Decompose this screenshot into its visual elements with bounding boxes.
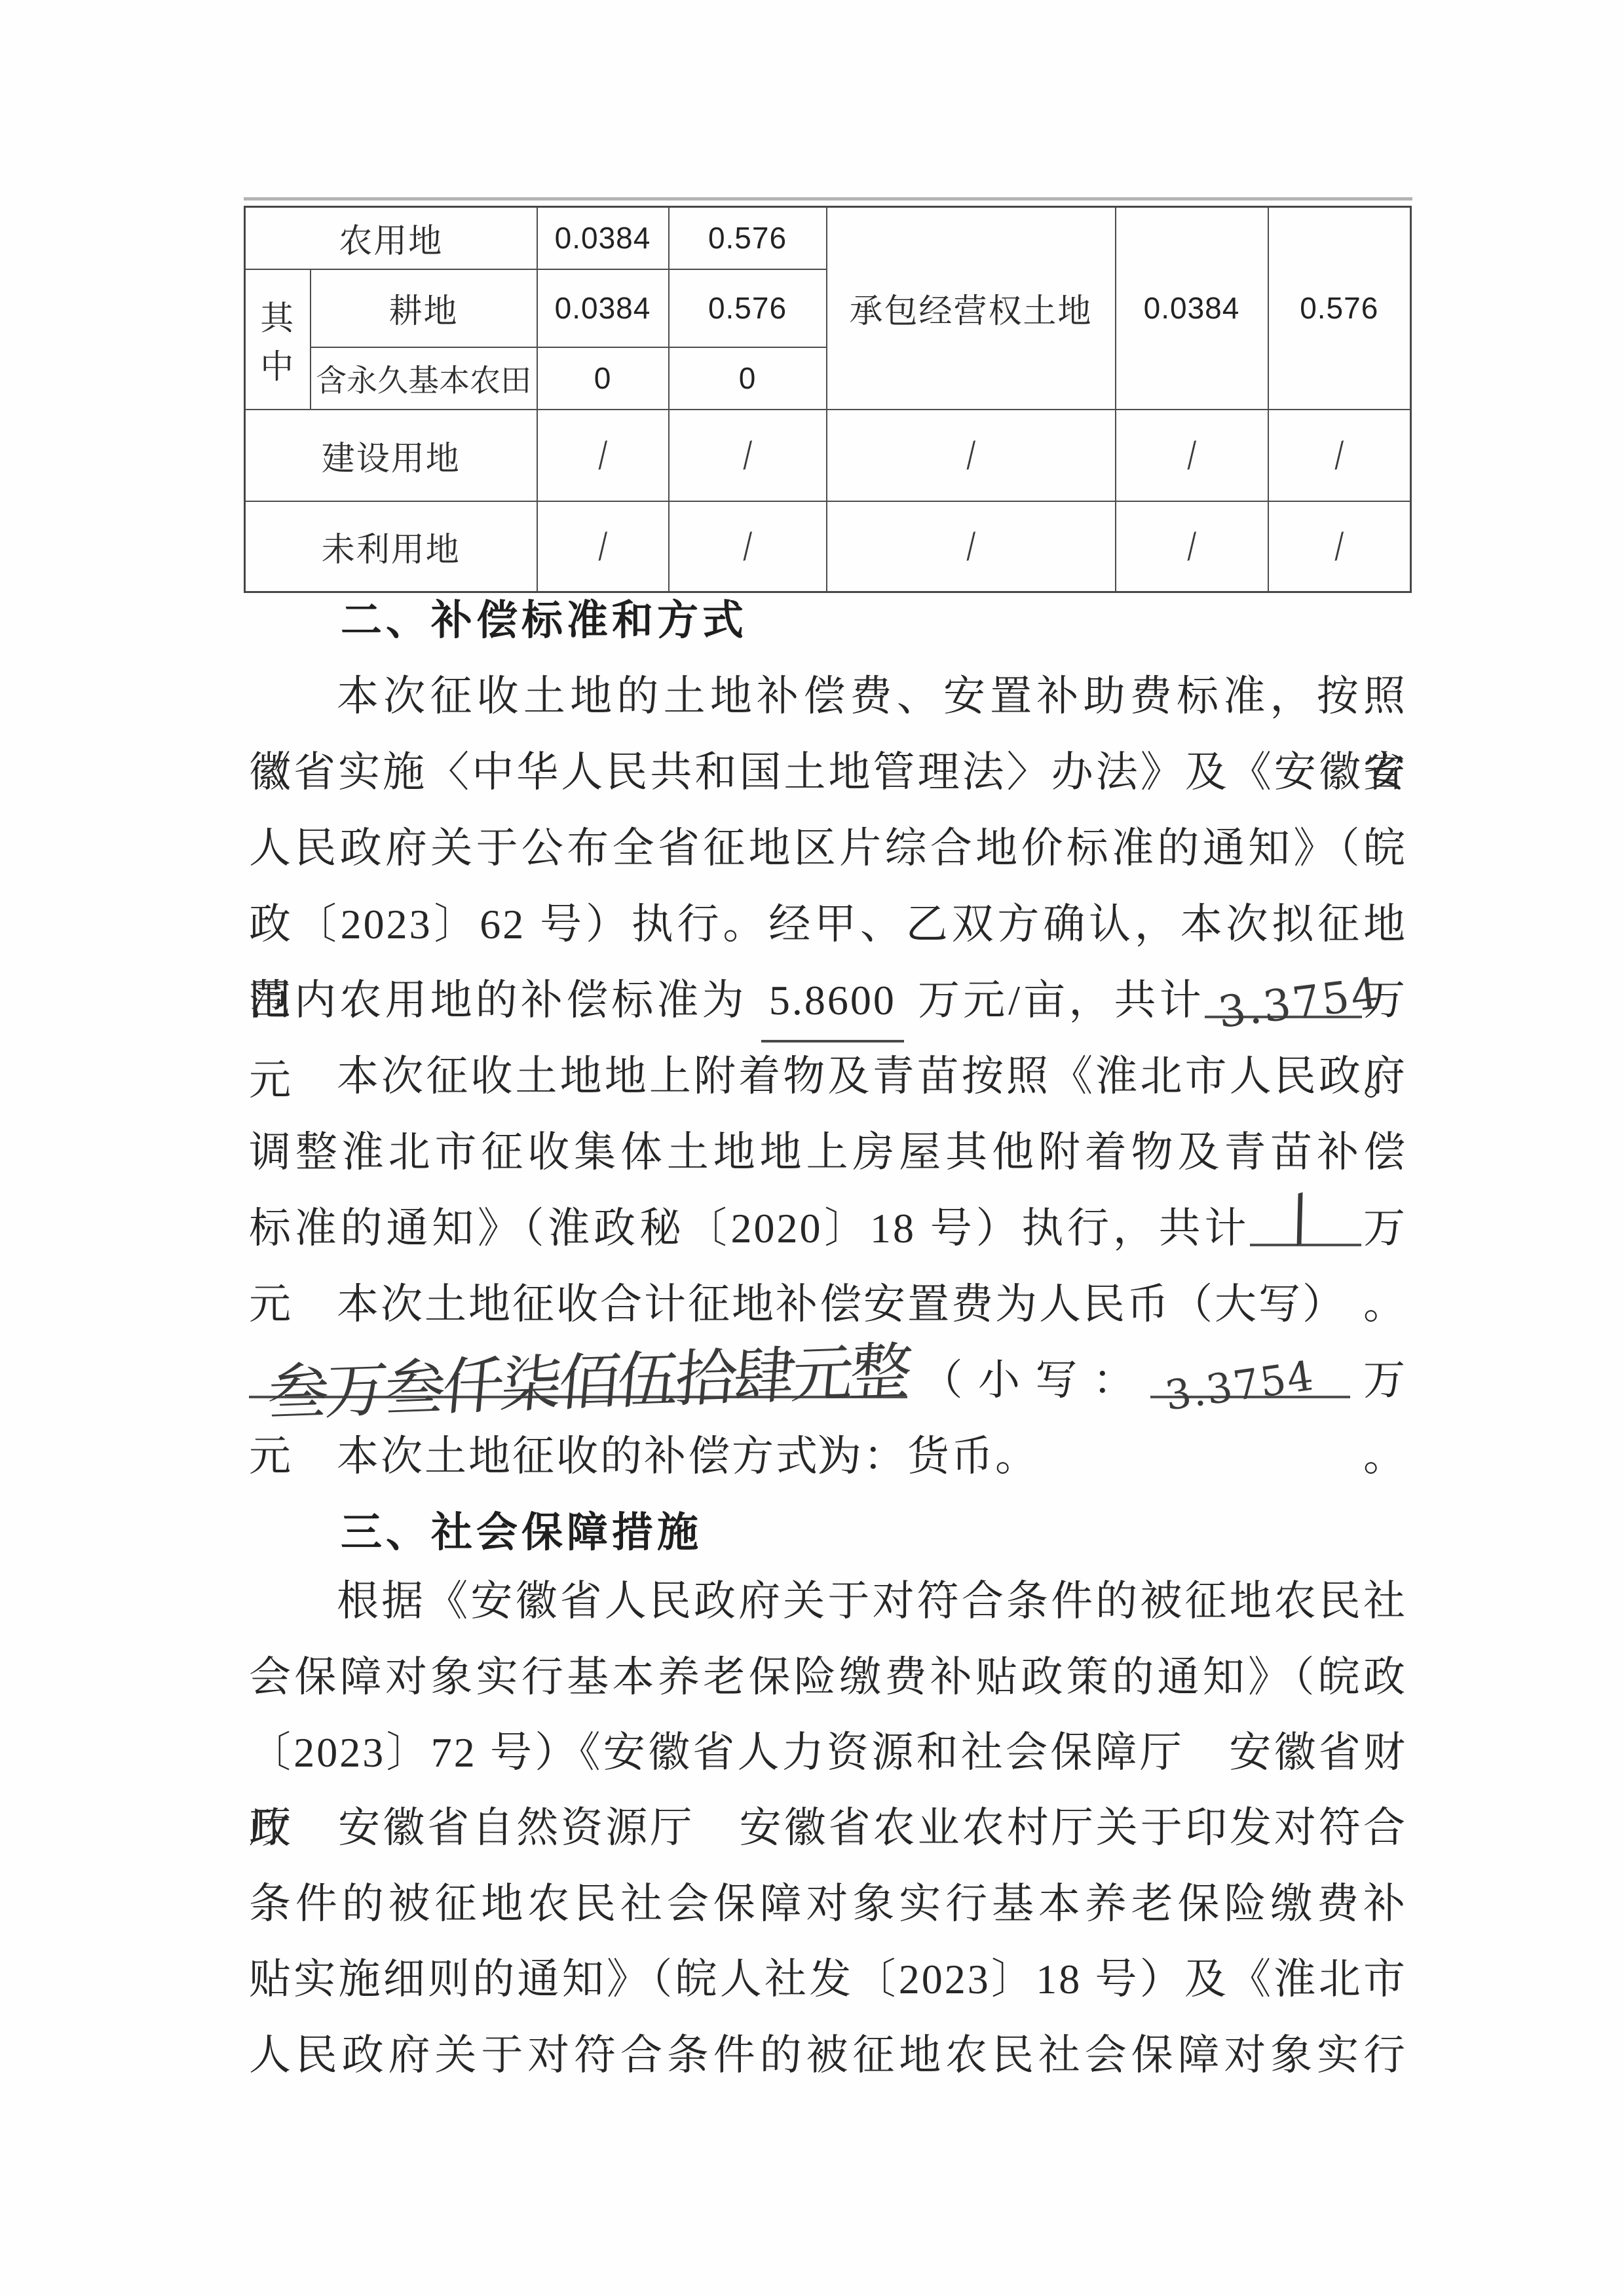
text-run: 围内农用地的补偿标准为 [249,977,761,1024]
handwritten-slash-blank: / [1250,1193,1361,1246]
body-line: 徽省实施〈中华人民共和国土地管理法〉办法》及《安徽省 [249,735,1407,811]
cell-slash: / [1268,501,1411,592]
cell-label: 耕地 [311,269,537,347]
cell-label: 农用地 [245,207,537,269]
text-run: 万元/亩，共计 [904,977,1205,1024]
section-heading-social-security: 三、社会保障措施 [249,1495,1499,1571]
text-run: （小写： [907,1357,1150,1404]
cell-label: 建设用地 [245,410,537,501]
body-line: 本次征收土地地上附着物及青苗按照《淮北市人民政府 [249,1039,1407,1115]
cell-slash: / [827,410,1116,501]
cell-value: 0.0384 [537,269,669,347]
body-line: 贴实施细则的通知》（皖人社发〔2023〕18 号）及《淮北市 [249,1942,1407,2018]
underlined-rate-value: 5.8600 [761,963,904,1043]
body-line: 人民政府关于公布全省征地区片综合地价标准的通知》（皖 [249,811,1407,887]
body-line: 会保障对象实行基本养老保险缴费补贴政策的通知》（皖政 [249,1639,1407,1715]
cell-slash: / [1116,501,1268,592]
handwritten-caps-amount: 叁万叁仟柒佰伍拾肆元整 [265,1341,911,1426]
land-area-table: 农用地 0.0384 0.576 承包经营权土地 0.0384 0.576 其中… [244,206,1412,593]
cell-value: 0.0384 [1116,207,1268,410]
handwritten-total-blank: 3.3754 [1205,965,1362,1018]
section-heading-compensation: 二、补偿标准和方式 [249,583,1499,659]
table-top-scan-line [244,197,1412,201]
cell-label: 未利用地 [245,501,537,592]
body-line: 政〔2023〕62 号）执行。经甲、乙双方确认，本次拟征地范 [249,887,1407,963]
cell-slash: / [669,410,827,501]
cell-label: 含永久基本农田 [311,347,537,410]
body-line: 〔2023〕72 号）《安徽省人力资源和社会保障厅 安徽省财政 [249,1715,1407,1791]
body-line: 人民政府关于对符合条件的被征地农民社会保障对象实行 [249,2018,1407,2094]
cell-value: 0.576 [1268,207,1411,410]
body-line: 厅 安徽省自然资源厅 安徽省农业农村厅关于印发对符合 [249,1790,1407,1866]
rate-value: 5.8600 [769,977,896,1024]
body-line: 根据《安徽省人民政府关于对符合条件的被征地农民社 [249,1563,1407,1639]
cell-slash: / [827,501,1116,592]
handwritten-caps-amount-blank: 叁万叁仟柒佰伍拾肆元整 [249,1345,907,1398]
cell-value: 0.0384 [537,207,669,269]
table-row: 建设用地 / / / / / [245,410,1411,501]
cell-slash: / [537,410,669,501]
body-line-attachment-total: 标准的通知》（淮政秘〔2020〕18 号）执行，共计/万元。 [249,1191,1407,1267]
body-line-amount-in-words: 叁万叁仟柒佰伍拾肆元整（小写：3.3754万元）。 [249,1343,1407,1419]
body-line-compensation-rate: 围内农用地的补偿标准为 5.8600 万元/亩，共计3.3754万元。 [249,963,1407,1039]
cell-slash: / [669,501,827,592]
cell-slash: / [1268,410,1411,501]
cell-value: 0 [537,347,669,410]
text-run: 标准的通知》（淮政秘〔2020〕18 号）执行，共计 [249,1205,1250,1252]
cell-label: 承包经营权土地 [827,207,1116,410]
cell-value: 0 [669,347,827,410]
body-line: 调整淮北市征收集体土地地上房屋其他附着物及青苗补偿 [249,1115,1407,1191]
body-line: 本次征收土地的土地补偿费、安置补助费标准，按照《安 [249,659,1407,735]
cell-slash: / [1116,410,1268,501]
table-row: 农用地 0.0384 0.576 承包经营权土地 0.0384 0.576 [245,207,1411,269]
handwritten-numeric-amount-blank: 3.3754 [1150,1345,1350,1398]
cell-slash: / [537,501,669,592]
body-line-payment-method: 本次土地征收的补偿方式为：货币。 [249,1419,1407,1495]
cell-value: 0.576 [669,269,827,347]
cell-group-label: 其中 [245,269,311,410]
cell-value: 0.576 [669,207,827,269]
table-row: 未利用地 / / / / / [245,501,1411,592]
document-page: 农用地 0.0384 0.576 承包经营权土地 0.0384 0.576 其中… [0,0,1624,2296]
handwritten-numeric-amount: 3.3754 [1162,1355,1316,1416]
body-line: 条件的被征地农民社会保障对象实行基本养老保险缴费补 [249,1866,1407,1942]
body-line: 本次土地征收合计征地补偿安置费为人民币（大写） [249,1267,1407,1343]
handwritten-total-value: 3.3754 [1216,972,1383,1035]
handwritten-slash: / [1281,1185,1319,1250]
